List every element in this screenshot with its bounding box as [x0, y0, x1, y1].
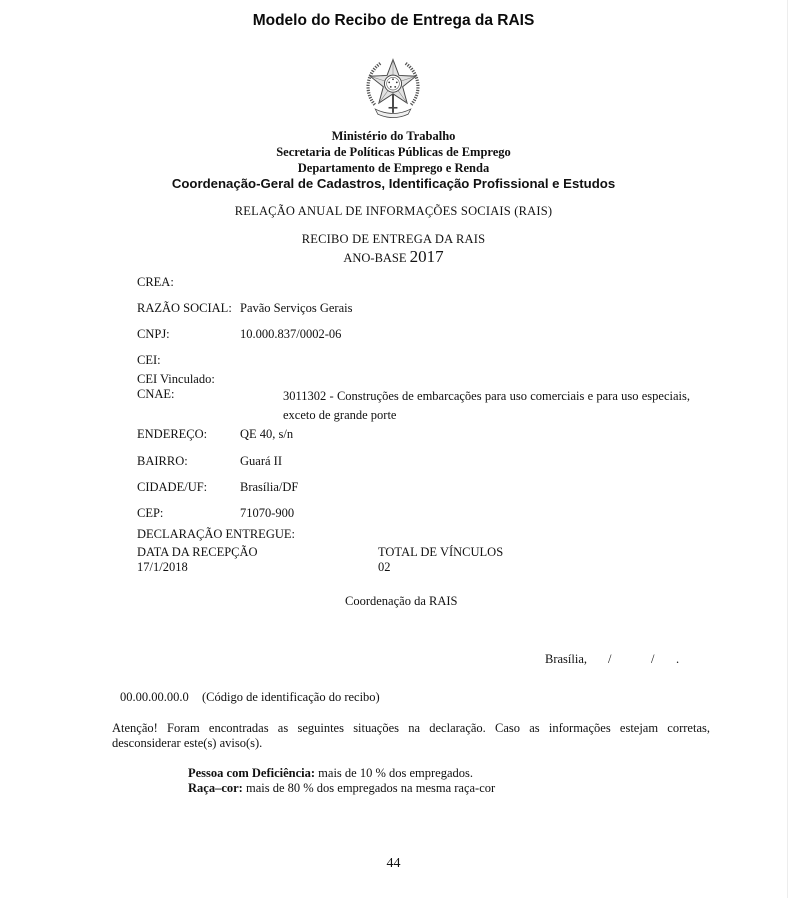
field-endereco-value: QE 40, s/n	[240, 427, 293, 442]
field-cidade-uf-value: Brasília/DF	[240, 480, 298, 495]
warning-deficiencia-label: Pessoa com Deficiência:	[188, 766, 315, 780]
field-razao-social-label: RAZÃO SOCIAL:	[137, 301, 240, 316]
field-razao-social: RAZÃO SOCIAL: Pavão Serviços Gerais	[137, 301, 352, 316]
total-vinculos-block: TOTAL DE VÍNCULOS 02	[378, 545, 503, 575]
ministry-line-1: Ministério do Trabalho	[0, 128, 787, 144]
warning-raca-cor: Raça–cor: mais de 80 % dos empregados na…	[188, 781, 495, 796]
field-cei-vinculado-label: CEI Vinculado:	[137, 372, 240, 387]
warning-raca-cor-text: mais de 80 % dos empregados na mesma raç…	[243, 781, 495, 795]
field-cnae-value-line2: exceto de grande porte	[283, 406, 690, 425]
field-cep-label: CEP:	[137, 506, 240, 521]
field-cei: CEI:	[137, 353, 240, 368]
brazil-coat-of-arms-icon	[361, 57, 425, 123]
page-number: 44	[0, 856, 787, 872]
declaration-title: DECLARAÇÃO ENTREGUE:	[137, 527, 295, 542]
field-cnpj-label: CNPJ:	[137, 327, 240, 342]
field-endereco: ENDEREÇO: QE 40, s/n	[137, 427, 293, 442]
receipt-id-caption: (Código de identificação do recibo)	[202, 690, 380, 705]
field-cnae-value: 3011302 - Construções de embarcações par…	[283, 387, 690, 425]
warning-raca-cor-label: Raça–cor:	[188, 781, 243, 795]
warnings-list: Pessoa com Deficiência: mais de 10 % dos…	[188, 766, 495, 796]
place-date-slash-1: /	[608, 652, 611, 667]
field-bairro-label: BAIRRO:	[137, 454, 240, 469]
place-date-period: .	[676, 652, 679, 667]
ministry-header: Ministério do Trabalho Secretaria de Pol…	[0, 128, 787, 192]
field-cep-value: 71070-900	[240, 506, 294, 521]
document-title: RELAÇÃO ANUAL DE INFORMAÇÕES SOCIAIS (RA…	[0, 204, 787, 219]
field-bairro: BAIRRO: Guará II	[137, 454, 282, 469]
reception-date-value: 17/1/2018	[137, 560, 258, 575]
field-cnae-value-line1: 3011302 - Construções de embarcações par…	[283, 387, 690, 406]
reception-date-block: DATA DA RECEPÇÃO 17/1/2018	[137, 545, 258, 575]
field-cnpj: CNPJ: 10.000.837/0002-06	[137, 327, 341, 342]
ministry-line-4: Coordenação-Geral de Cadastros, Identifi…	[0, 176, 787, 192]
total-vinculos-value: 02	[378, 560, 503, 575]
place-date-city: Brasília,	[545, 652, 587, 667]
page-title: Modelo do Recibo de Entrega da RAIS	[0, 12, 787, 30]
receipt-id-code: 00.00.00.00.0	[120, 690, 189, 705]
field-cidade-uf: CIDADE/UF: Brasília/DF	[137, 480, 298, 495]
field-cnpj-value: 10.000.837/0002-06	[240, 327, 341, 342]
base-year-value: 2017	[410, 247, 444, 266]
total-vinculos-label: TOTAL DE VÍNCULOS	[378, 545, 503, 560]
field-crea-label: CREA:	[137, 275, 240, 290]
coordination-signature-line: Coordenação da RAIS	[345, 594, 457, 609]
field-cei-vinculado: CEI Vinculado:	[137, 372, 240, 387]
ministry-line-3: Departamento de Emprego e Renda	[0, 160, 787, 176]
field-cnae-label: CNAE:	[137, 387, 283, 425]
document-subtitle: RECIBO DE ENTREGA DA RAIS	[0, 232, 787, 247]
reception-date-label: DATA DA RECEPÇÃO	[137, 545, 258, 560]
field-endereco-label: ENDEREÇO:	[137, 427, 240, 442]
field-cidade-uf-label: CIDADE/UF:	[137, 480, 240, 495]
warning-deficiencia-text: mais de 10 % dos empregados.	[315, 766, 473, 780]
attention-line-2: desconsiderar este(s) aviso(s).	[112, 736, 710, 751]
place-date-slash-2: /	[651, 652, 654, 667]
field-cei-label: CEI:	[137, 353, 240, 368]
field-crea: CREA:	[137, 275, 240, 290]
warning-deficiencia: Pessoa com Deficiência: mais de 10 % dos…	[188, 766, 495, 781]
field-bairro-value: Guará II	[240, 454, 282, 469]
rais-receipt-page: Modelo do Recibo de Entrega da RAIS Mini…	[0, 0, 788, 898]
attention-paragraph: Atenção! Foram encontradas as seguintes …	[112, 721, 710, 751]
base-year-label: ANO-BASE	[343, 251, 409, 265]
ministry-line-2: Secretaria de Políticas Públicas de Empr…	[0, 144, 787, 160]
attention-line-1: Atenção! Foram encontradas as seguintes …	[112, 721, 710, 736]
field-cnae: CNAE: 3011302 - Construções de embarcaçõ…	[137, 387, 690, 425]
base-year-line: ANO-BASE 2017	[0, 247, 787, 267]
field-cep: CEP: 71070-900	[137, 506, 294, 521]
field-razao-social-value: Pavão Serviços Gerais	[240, 301, 352, 316]
